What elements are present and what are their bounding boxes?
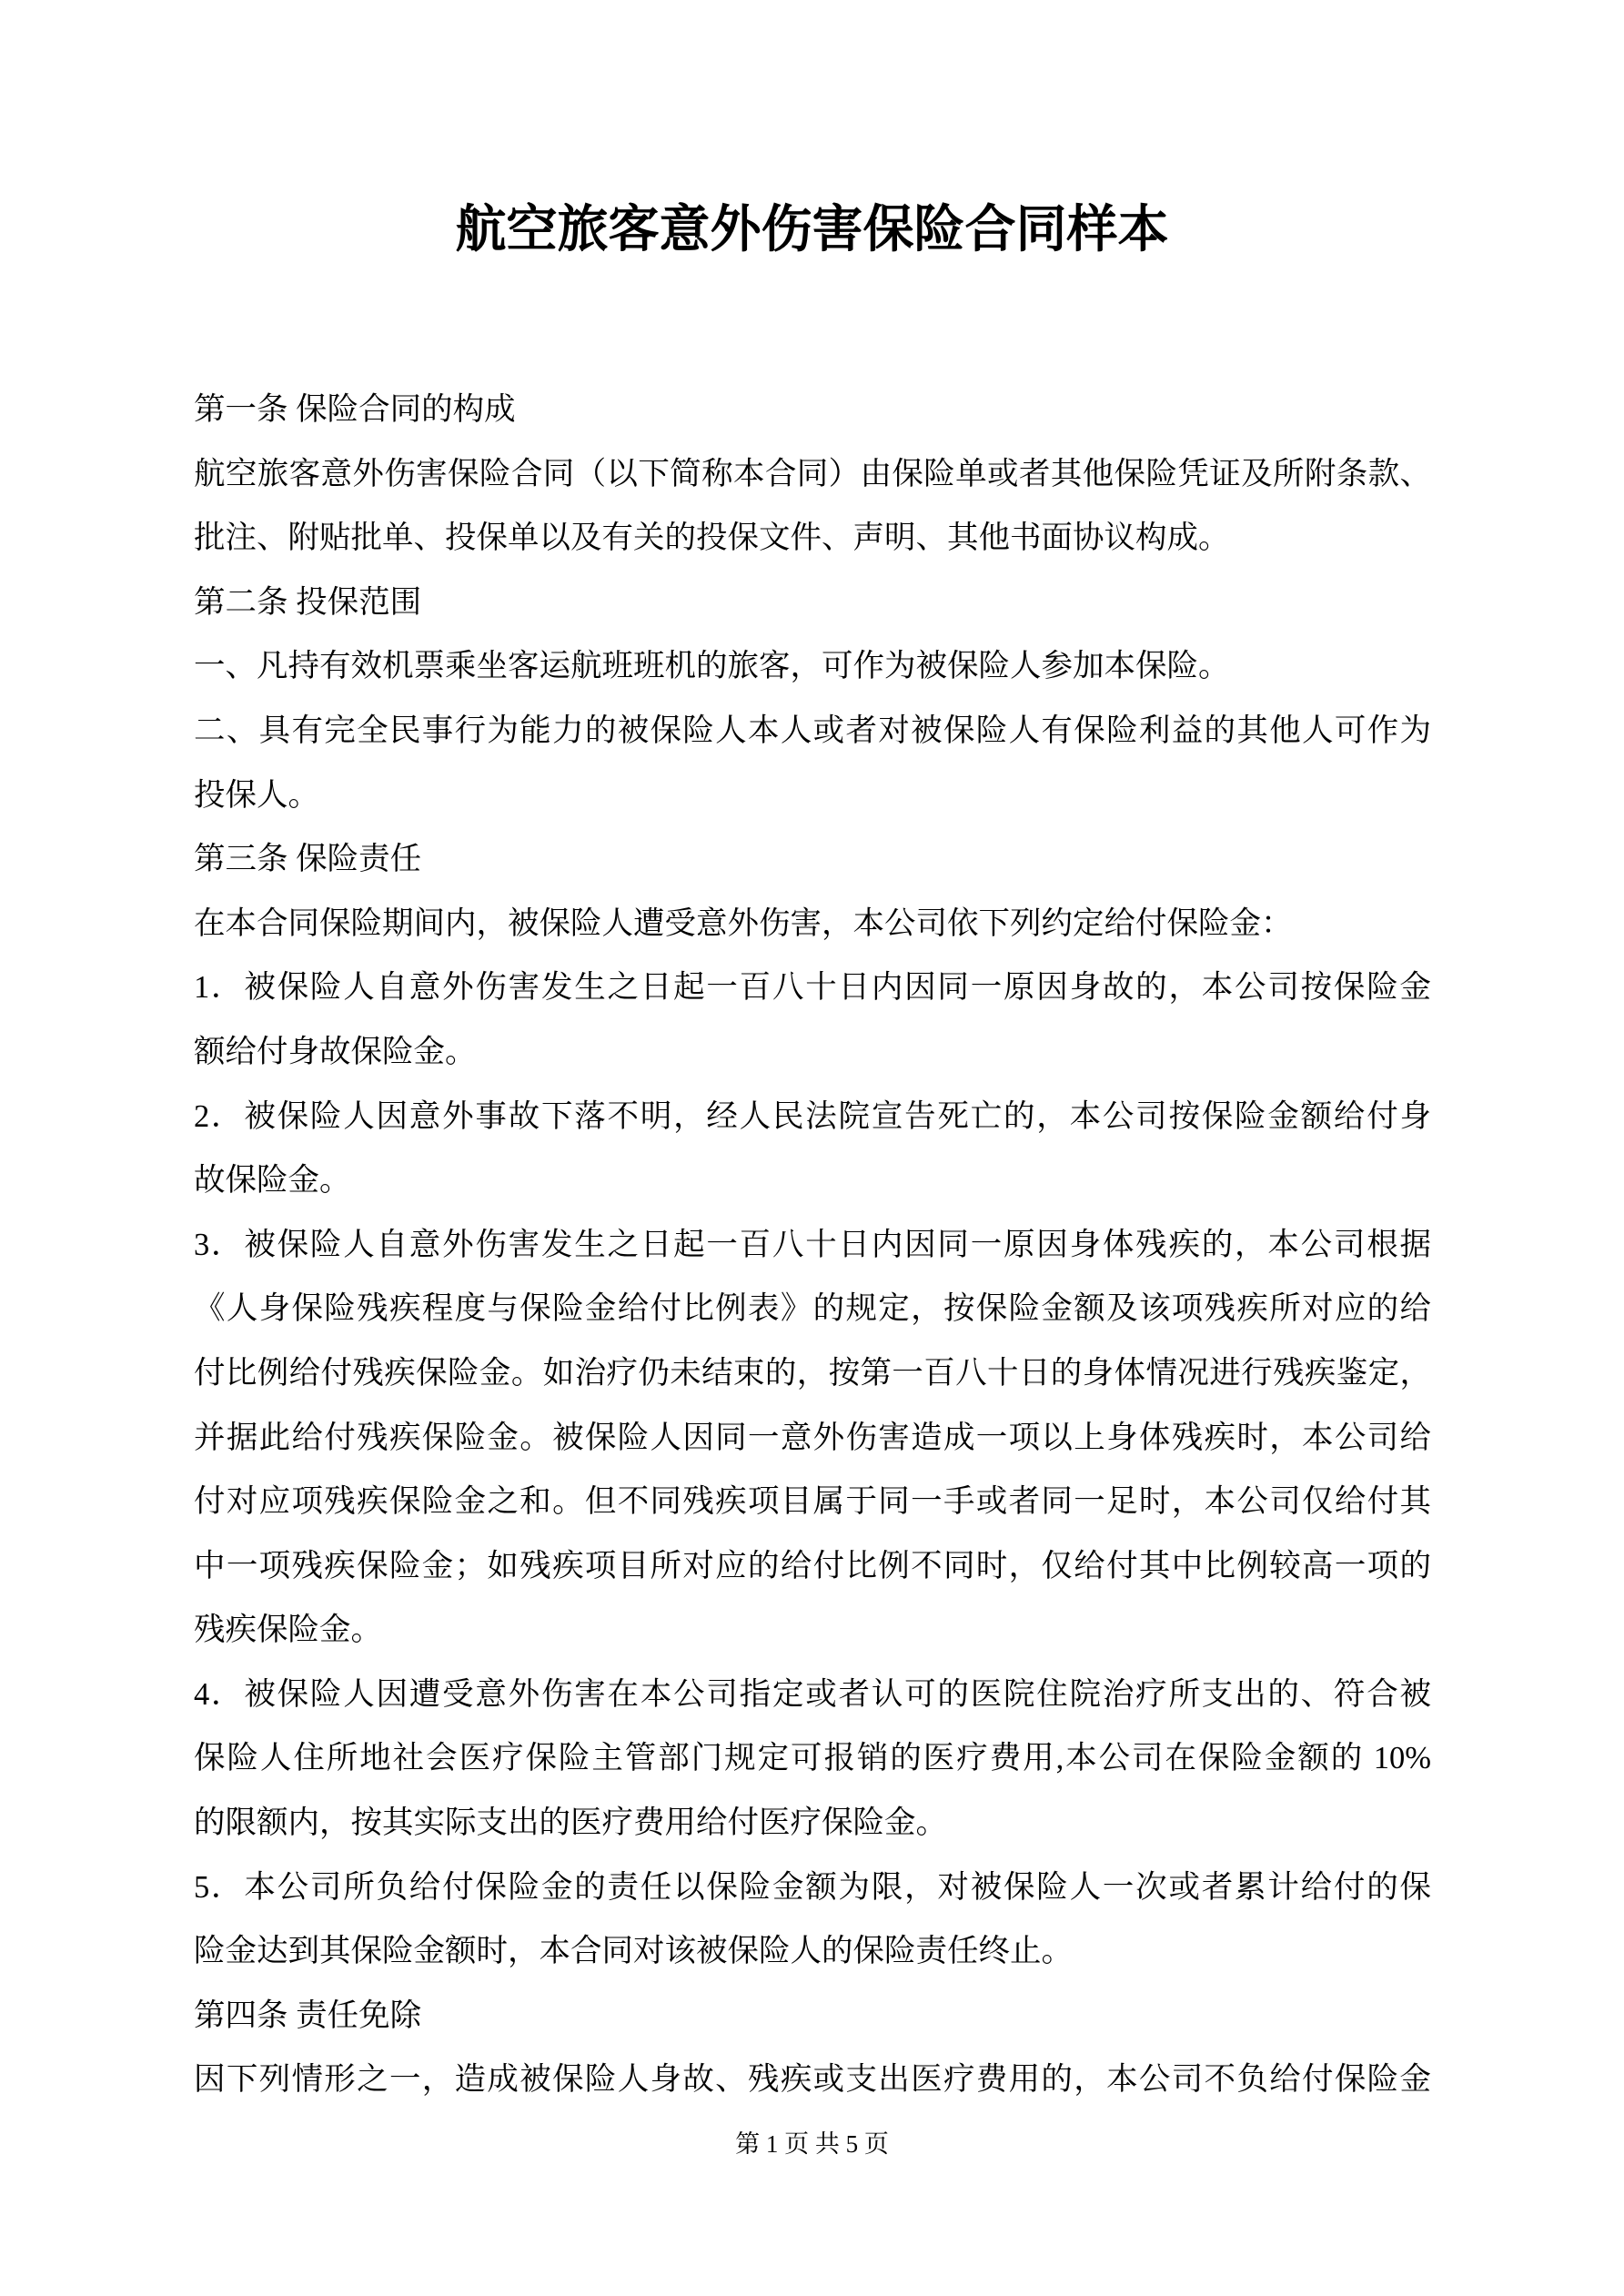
document-line: 第三条 保险责任 xyxy=(194,827,1431,892)
document-line: 残疾保险金。 xyxy=(194,1598,1431,1663)
document-line: 航空旅客意外伤害保险合同（以下简称本合同）由保险单或者其他保险凭证及所附条款、 xyxy=(194,442,1431,507)
document-line: 2．被保险人因意外事故下落不明，经人民法院宣告死亡的，本公司按保险金额给付身 xyxy=(194,1085,1431,1149)
document-line: 额给付身故保险金。 xyxy=(194,1020,1431,1085)
document-line: 在本合同保险期间内，被保险人遭受意外伤害，本公司依下列约定给付保险金： xyxy=(194,892,1431,956)
document-line: 的限额内，按其实际支出的医疗费用给付医疗保险金。 xyxy=(194,1791,1431,1856)
document-body: 第一条 保险合同的构成航空旅客意外伤害保险合同（以下简称本合同）由保险单或者其他… xyxy=(194,378,1431,2112)
document-line: 4．被保险人因遭受意外伤害在本公司指定或者认可的医院住院治疗所支出的、符合被 xyxy=(194,1663,1431,1727)
document-line: 批注、附贴批单、投保单以及有关的投保文件、声明、其他书面协议构成。 xyxy=(194,506,1431,571)
document-line: 投保人。 xyxy=(194,764,1431,828)
document-line: 3．被保险人自意外伤害发生之日起一百八十日内因同一原因身体残疾的，本公司根据 xyxy=(194,1213,1431,1278)
document-line: 保险人住所地社会医疗保险主管部门规定可报销的医疗费用,本公司在保险金额的 10% xyxy=(194,1726,1431,1791)
document-line: 付对应项残疾保险金之和。但不同残疾项目属于同一手或者同一足时，本公司仅给付其 xyxy=(194,1470,1431,1534)
document-line: 因下列情形之一，造成被保险人身故、残疾或支出医疗费用的，本公司不负给付保险金 xyxy=(194,2048,1431,2112)
document-line: 故保险金。 xyxy=(194,1148,1431,1213)
document-line: 5．本公司所负给付保险金的责任以保险金额为限，对被保险人一次或者累计给付的保 xyxy=(194,1856,1431,1920)
document-line: 1．被保险人自意外伤害发生之日起一百八十日内因同一原因身故的，本公司按保险金 xyxy=(194,956,1431,1020)
document-title: 航空旅客意外伤害保险合同样本 xyxy=(0,194,1624,267)
document-line: 险金达到其保险金额时，本合同对该被保险人的保险责任终止。 xyxy=(194,1919,1431,1984)
document-line: 第四条 责任免除 xyxy=(194,1984,1431,2048)
document-line: 一、凡持有效机票乘坐客运航班班机的旅客，可作为被保险人参加本保险。 xyxy=(194,634,1431,699)
page-number: 第 1 页 共 5 页 xyxy=(0,2126,1624,2162)
document-line: 《人身保险残疾程度与保险金给付比例表》的规定，按保险金额及该项残疾所对应的给 xyxy=(194,1277,1431,1341)
document-line: 第二条 投保范围 xyxy=(194,571,1431,635)
document-line: 付比例给付残疾保险金。如治疗仍未结束的，按第一百八十日的身体情况进行残疾鉴定， xyxy=(194,1341,1431,1406)
document-line: 并据此给付残疾保险金。被保险人因同一意外伤害造成一项以上身体残疾时，本公司给 xyxy=(194,1406,1431,1471)
document-line: 二、具有完全民事行为能力的被保险人本人或者对被保险人有保险利益的其他人可作为 xyxy=(194,699,1431,764)
document-line: 中一项残疾保险金；如残疾项目所对应的给付比例不同时，仅给付其中比例较高一项的 xyxy=(194,1534,1431,1599)
document-page: 航空旅客意外伤害保险合同样本 第一条 保险合同的构成航空旅客意外伤害保险合同（以… xyxy=(0,0,1624,2296)
document-line: 第一条 保险合同的构成 xyxy=(194,378,1431,442)
